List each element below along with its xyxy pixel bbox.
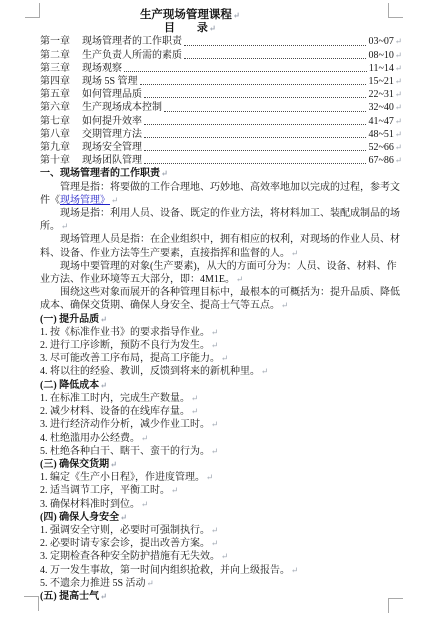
paragraph-mark: ↵ — [100, 314, 107, 324]
toc-entry-title: 如何管理品质 — [82, 88, 142, 101]
list-item: 1. 强调安全守则，必要时可强制执行。↵ — [40, 524, 402, 537]
document-page: 生产现场管理课程↵ 目 录↵ 第一章现场管理者的工作职责03~07↵ 第二章生产… — [0, 0, 443, 626]
toc-heading-text: 目 录 — [164, 22, 208, 34]
paragraph-text: 现场是指：利用人员、设备、既定的作业方法，将材料加工、装配成制品的场所。 — [40, 208, 400, 232]
list-item: 3. 确保材料准时到位。↵ — [40, 498, 402, 511]
document-title-text: 生产现场管理课程 — [140, 9, 232, 21]
paragraph-mark: ↵ — [171, 485, 178, 495]
list-item-text: 2. 减少材料、设备的在线库存量。 — [40, 406, 190, 417]
group-heading-morale: (五) 提高士气↵ — [40, 590, 402, 603]
list-item-text: 2. 适当调节工序，平衡工时。 — [40, 485, 170, 496]
toc-dot-leader — [164, 111, 366, 112]
toc-dot-leader — [144, 163, 366, 164]
toc-row: 第五章如何管理品质22~31↵ — [40, 88, 402, 101]
toc-row: 第三章现场观察11~14↵ — [40, 62, 402, 75]
paragraph-mark: ↵ — [191, 393, 198, 403]
paragraph-mark: ↵ — [221, 551, 228, 561]
toc-dot-leader — [144, 124, 366, 125]
paragraph-mark: ↵ — [261, 366, 268, 376]
paragraph-mark: ↵ — [141, 499, 148, 509]
list-item-text: 4. 万一发生事故，第一时间内组织抢救，并向上级报告。 — [40, 565, 290, 576]
group-heading-text: (三) 确保交货期 — [40, 459, 109, 470]
toc-chapter: 第十章 — [40, 154, 71, 167]
paragraph-mark: ↵ — [291, 248, 298, 258]
paragraph-mark: ↵ — [206, 472, 213, 482]
toc-entry-title: 生产现场成本控制 — [82, 101, 162, 114]
paragraph-mark: ↵ — [211, 538, 218, 548]
toc-dot-leader — [124, 71, 367, 72]
toc-heading: 目 录↵ — [40, 22, 340, 35]
paragraph-mark: ↵ — [395, 49, 402, 62]
paragraph-text: 围绕这些对象而展开的各种管理目标中，最根本的可概括为：提升品质、降低成本、确保交… — [40, 287, 400, 311]
group-heading-safety: (四) 确保人身安全↵ — [40, 511, 402, 524]
toc-dot-leader — [184, 45, 366, 46]
toc-dot-leader — [140, 84, 367, 85]
toc-row: 第十章现场团队管理67~86↵ — [40, 154, 402, 167]
paragraph-text: 现场中要管理的对象(生产要素)，从大的方面可分为：人员、设备、材料、作业方法、作… — [40, 261, 397, 285]
list-item: 2. 进行工序诊断，预防不良行为发生。↵ — [40, 339, 402, 352]
group-heading-text: (四) 确保人身安全 — [40, 512, 119, 523]
list-item: 2. 必要时请专家会诊，提出改善方案。↵ — [40, 537, 402, 550]
toc-row: 第一章现场管理者的工作职责03~07↵ — [40, 35, 402, 48]
list-item: 3. 尽可能改善工序布局，提高工序能力。↵ — [40, 352, 402, 365]
list-item: 2. 减少材料、设备的在线库存量。↵ — [40, 405, 402, 418]
paragraph-mark: ↵ — [147, 578, 154, 588]
paragraph-mark: ↵ — [211, 327, 218, 337]
group-heading-text: (二) 降低成本 — [40, 380, 99, 391]
paragraph-mark: ↵ — [395, 141, 402, 154]
group-heading-delivery: (三) 确保交货期↵ — [40, 458, 402, 471]
toc-row: 第二章生产负责人所需的素质08~10↵ — [40, 49, 402, 62]
toc-dot-leader — [144, 137, 366, 138]
list-item-text: 3. 进行经济动作分析，减少作业工时。 — [40, 419, 210, 430]
toc-chapter: 第六章 — [40, 101, 71, 114]
toc-chapter: 第一章 — [40, 35, 71, 48]
paragraph-mark: ↵ — [161, 168, 168, 178]
list-item: 4. 杜绝滥用办公经费。↵ — [40, 432, 402, 445]
toc-entry-title: 交期管理方法 — [82, 128, 142, 141]
toc-dot-leader — [144, 150, 366, 151]
toc-entry-title: 生产负责人所需的素质 — [82, 49, 182, 62]
paragraph-mark: ↵ — [110, 459, 117, 469]
toc-row: 第九章现场安全管理52~66↵ — [40, 141, 402, 154]
list-item-text: 1. 编定《生产小日程》，作进度管理。 — [40, 472, 205, 483]
paragraph-mark: ↵ — [395, 62, 402, 75]
toc-entry-title: 如何提升效率 — [82, 115, 142, 128]
paragraph-mark: ↵ — [281, 300, 288, 310]
group-heading-text: (一) 提升品质 — [40, 314, 99, 325]
paragraph: 管理是指：将要做的工作合理地、巧妙地、高效率地加以完成的过程，参考文件《现场管理… — [40, 181, 402, 207]
list-item: 4. 将以往的经验、教训，反馈到将来的新机种里。↵ — [40, 365, 402, 378]
section-heading-text: 一、现场管理者的工作职责 — [40, 168, 160, 179]
toc-entry-title: 现场观察 — [82, 62, 122, 75]
toc-chapter: 第九章 — [40, 141, 71, 154]
toc-row: 第四章现场 5S 管理15~21↵ — [40, 75, 402, 88]
list-item-text: 4. 杜绝滥用办公经费。 — [40, 433, 140, 444]
document-content: 生产现场管理课程↵ 目 录↵ 第一章现场管理者的工作职责03~07↵ 第二章生产… — [40, 9, 402, 603]
paragraph-mark: ↵ — [291, 565, 298, 575]
text-boundary-mark-top-left — [25, 3, 40, 18]
list-item-text: 1. 在标准工时内，完成生产数量。 — [40, 393, 190, 404]
list-item-text: 2. 进行工序诊断，预防不良行为发生。 — [40, 340, 210, 351]
paragraph-mark: ↵ — [395, 75, 402, 88]
toc-chapter: 第三章 — [40, 62, 71, 75]
paragraph-mark: ↵ — [211, 419, 218, 429]
list-item: 3. 定期检查各种安全防护措施有无失效。↵ — [40, 550, 402, 563]
reference-doc-link[interactable]: 现场管理》 — [60, 195, 110, 206]
toc-row: 第八章交期管理方法48~51↵ — [40, 128, 402, 141]
section-heading: 一、现场管理者的工作职责↵ — [40, 167, 402, 180]
toc-dot-leader — [184, 58, 366, 59]
list-item: 5. 杜绝各种白干、瞎干、蛮干的行为。↵ — [40, 445, 402, 458]
paragraph-mark: ↵ — [233, 10, 240, 20]
paragraph-mark: ↵ — [141, 433, 148, 443]
list-item: 4. 万一发生事故，第一时间内组织抢救，并向上级报告。↵ — [40, 564, 402, 577]
paragraph-mark: ↵ — [111, 195, 118, 205]
toc-entry-title: 现场 5S 管理 — [82, 75, 138, 88]
paragraph-mark: ↵ — [211, 525, 218, 535]
toc-page-range: 11~14 — [369, 62, 394, 75]
list-item-text: 2. 必要时请专家会诊，提出改善方案。 — [40, 538, 210, 549]
text-boundary-mark-bottom-left — [24, 596, 39, 611]
toc-entry-title: 现场团队管理 — [82, 154, 142, 167]
paragraph-mark: ↵ — [100, 380, 107, 390]
paragraph-mark: ↵ — [191, 406, 198, 416]
paragraph-mark: ↵ — [100, 591, 107, 601]
toc-chapter: 第七章 — [40, 115, 71, 128]
group-heading-quality: (一) 提升品质↵ — [40, 313, 402, 326]
group-heading-text: (五) 提高士气 — [40, 591, 99, 602]
toc-dot-leader — [144, 97, 366, 98]
paragraph-mark: ↵ — [395, 101, 402, 114]
list-item: 1. 在标准工时内，完成生产数量。↵ — [40, 392, 402, 405]
list-item: 3. 进行经济动作分析，减少作业工时。↵ — [40, 418, 402, 431]
list-item: 1. 按《标准作业书》的要求指导作业。↵ — [40, 326, 402, 339]
document-title: 生产现场管理课程↵ — [40, 9, 340, 22]
paragraph-mark: ↵ — [395, 154, 402, 167]
list-item: 1. 编定《生产小日程》，作进度管理。↵ — [40, 471, 402, 484]
toc-page-range: 52~66 — [368, 141, 393, 154]
toc-row: 第七章如何提升效率41~47↵ — [40, 115, 402, 128]
paragraph: 现场是指：利用人员、设备、既定的作业方法，将材料加工、装配成制品的场所。↵ — [40, 207, 402, 233]
paragraph-mark: ↵ — [395, 115, 402, 128]
paragraph-text: 现场管理人员是指：在企业组织中，拥有相应的权利，对现场的作业人员、材料、设备、作… — [40, 234, 400, 258]
paragraph-mark: ↵ — [211, 446, 218, 456]
list-item-text: 5. 杜绝各种白干、瞎干、蛮干的行为。 — [40, 446, 210, 457]
paragraph: 现场中要管理的对象(生产要素)，从大的方面可分为：人员、设备、材料、作业方法、作… — [40, 260, 402, 286]
paragraph: 围绕这些对象而展开的各种管理目标中，最根本的可概括为：提升品质、降低成本、确保交… — [40, 286, 402, 312]
toc-chapter: 第二章 — [40, 49, 71, 62]
paragraph-mark: ↵ — [209, 23, 216, 33]
toc-page-range: 15~21 — [368, 75, 393, 88]
toc-chapter: 第五章 — [40, 88, 71, 101]
toc-page-range: 48~51 — [368, 128, 393, 141]
paragraph-mark: ↵ — [120, 512, 127, 522]
list-item-text: 5. 不遗余力推进 5S 活动 — [40, 578, 146, 589]
toc-chapter: 第八章 — [40, 128, 71, 141]
list-item-text: 3. 确保材料准时到位。 — [40, 499, 140, 510]
list-item: 2. 适当调节工序，平衡工时。↵ — [40, 484, 402, 497]
paragraph-mark: ↵ — [211, 340, 218, 350]
toc-chapter: 第四章 — [40, 75, 71, 88]
paragraph-mark: ↵ — [395, 35, 402, 48]
toc-entry-title: 现场安全管理 — [82, 141, 142, 154]
toc-page-range: 08~10 — [368, 49, 393, 62]
list-item-text: 1. 按《标准作业书》的要求指导作业。 — [40, 327, 210, 338]
paragraph-mark: ↵ — [395, 128, 402, 141]
toc-page-range: 67~86 — [368, 154, 393, 167]
paragraph-mark: ↵ — [236, 274, 243, 284]
group-heading-cost: (二) 降低成本↵ — [40, 379, 402, 392]
paragraph-mark: ↵ — [221, 353, 228, 363]
toc-page-range: 22~31 — [368, 88, 393, 101]
list-item-text: 3. 尽可能改善工序布局，提高工序能力。 — [40, 353, 220, 364]
toc-page-range: 32~40 — [368, 101, 393, 114]
list-item-text: 3. 定期检查各种安全防护措施有无失效。 — [40, 551, 220, 562]
list-item: 5. 不遗余力推进 5S 活动↵ — [40, 577, 402, 590]
toc-page-range: 41~47 — [368, 115, 393, 128]
paragraph: 现场管理人员是指：在企业组织中，拥有相应的权利，对现场的作业人员、材料、设备、作… — [40, 233, 402, 259]
toc-page-range: 03~07 — [368, 35, 393, 48]
toc-row: 第六章生产现场成本控制32~40↵ — [40, 101, 402, 114]
list-item-text: 1. 强调安全守则，必要时可强制执行。 — [40, 525, 210, 536]
list-item-text: 4. 将以往的经验、教训，反馈到将来的新机种里。 — [40, 366, 260, 377]
toc-entry-title: 现场管理者的工作职责 — [82, 35, 182, 48]
paragraph-mark: ↵ — [61, 221, 68, 231]
paragraph-mark: ↵ — [395, 88, 402, 101]
